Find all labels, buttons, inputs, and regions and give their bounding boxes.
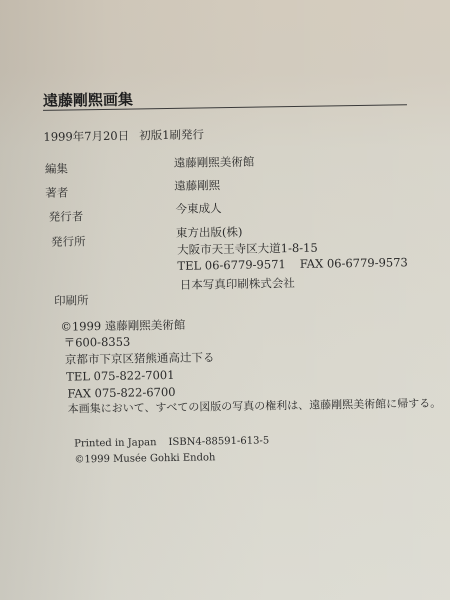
value-publisher-name: 東方出版(株)	[176, 225, 243, 240]
museum-fax: FAX 075-822-6700	[67, 385, 175, 401]
printed-in-japan: Printed in Japan	[74, 437, 156, 449]
book-title: 遠藤剛煕画集	[43, 89, 133, 111]
publisher-phone-line: TEL 06-6779-9571FAX 06-6779-9573	[177, 255, 408, 273]
postal-code: 〒600-8353	[64, 335, 131, 350]
label-author: 著者	[45, 186, 68, 200]
copyright-en: ©1999 Musée Gohki Endoh	[74, 452, 215, 466]
label-publisher: 発行所	[51, 234, 86, 249]
label-issuer: 発行者	[49, 209, 84, 224]
publisher-tel: TEL 06-6779-9571	[177, 257, 286, 273]
value-author: 遠藤剛煕	[174, 178, 220, 193]
value-printer: 日本写真印刷株式会社	[180, 276, 295, 292]
edition-info: 初版1刷発行	[139, 127, 204, 142]
copyright-jp: ©1999 遠藤剛煕美術館	[60, 318, 185, 334]
publisher-fax: FAX 06-6779-9573	[300, 255, 408, 271]
colophon-page: 遠藤剛煕画集 1999年7月20日初版1刷発行 編集 遠藤剛煕美術館 著者 遠藤…	[0, 0, 450, 600]
value-issuer: 今東成人	[175, 201, 221, 216]
museum-tel: TEL 075-822-7001	[66, 368, 175, 384]
value-publisher-address: 大阪市天王寺区大道1-8-15	[177, 241, 318, 257]
value-editor: 遠藤剛煕美術館	[174, 155, 255, 170]
museum-address: 京都市下京区猪熊通高辻下る	[65, 350, 215, 366]
label-editor: 編集	[45, 162, 68, 176]
printed-isbn-line: Printed in JapanISBN4-88591-613-5	[74, 435, 269, 450]
isbn: ISBN4-88591-613-5	[168, 435, 269, 448]
publication-line: 1999年7月20日初版1刷発行	[43, 127, 204, 144]
label-printer: 印刷所	[54, 293, 89, 308]
publication-date: 1999年7月20日	[43, 129, 129, 144]
